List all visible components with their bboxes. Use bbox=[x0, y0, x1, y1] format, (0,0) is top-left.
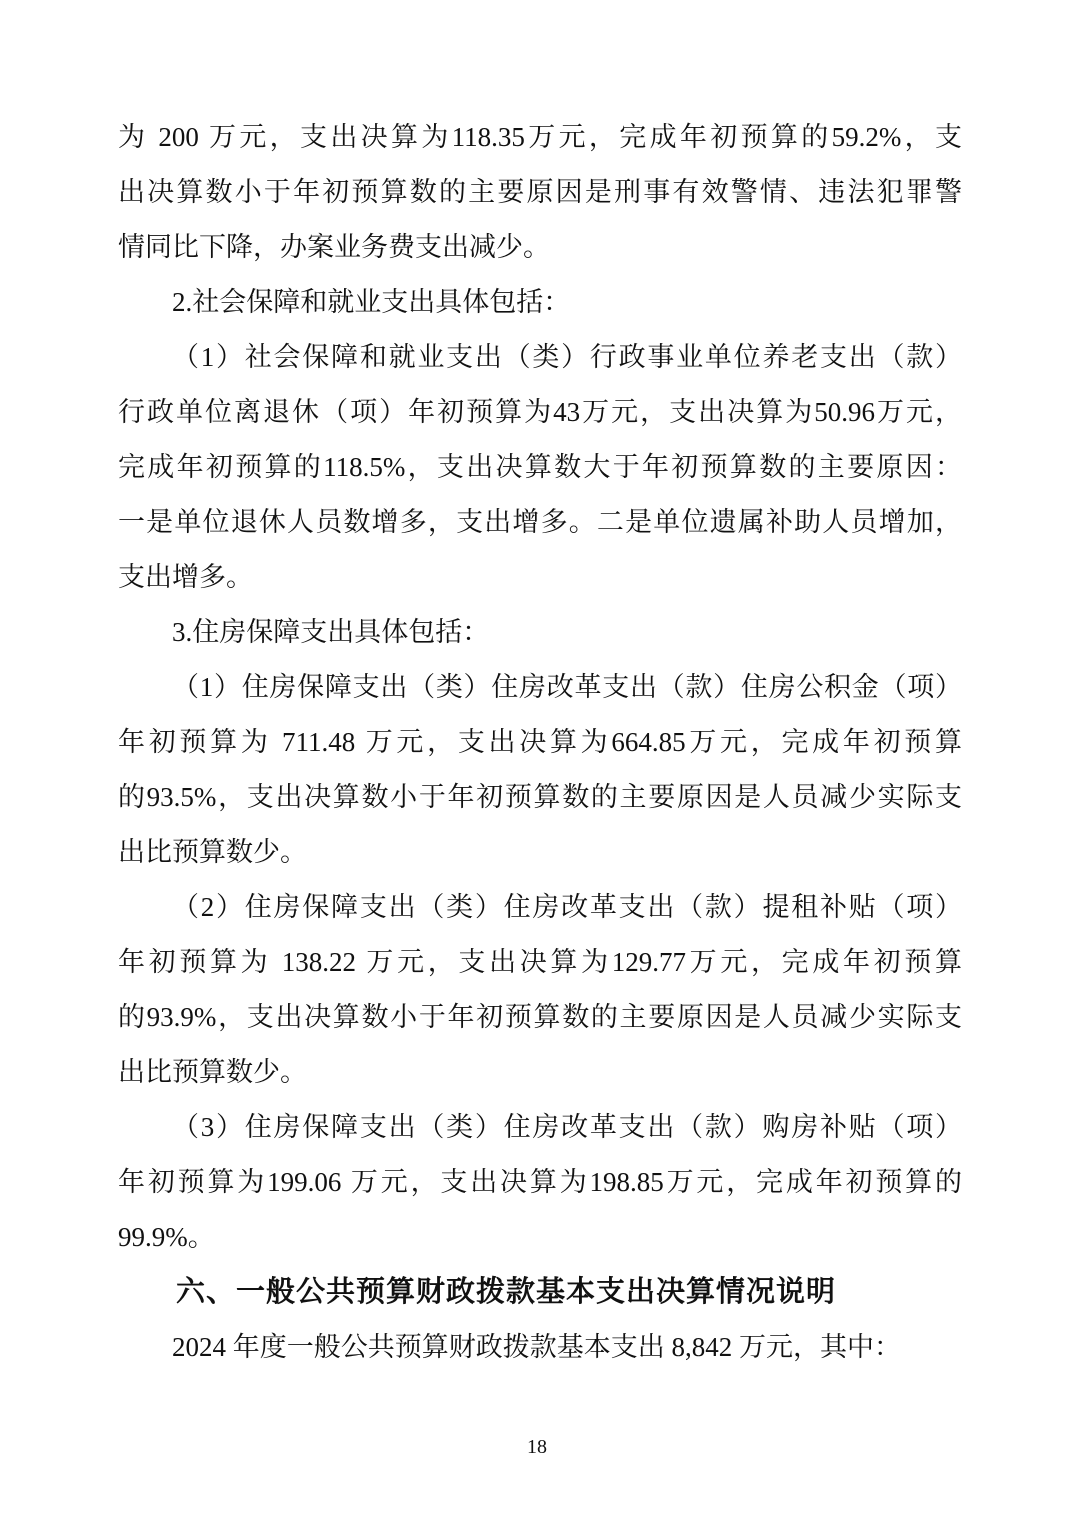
text-line: 年初预算为 138.22 万元，支出决算为129.77万元，完成年初预算 bbox=[118, 935, 962, 990]
text-line: 99.9%。 bbox=[118, 1210, 962, 1265]
section-heading: 六、一般公共预算财政拨款基本支出决算情况说明 bbox=[118, 1265, 962, 1320]
text-line: 为 200 万元，支出决算为118.35万元，完成年初预算的59.2%，支 bbox=[118, 110, 962, 165]
text-line: （2）住房保障支出（类）住房改革支出（款）提租补贴（项） bbox=[118, 880, 962, 935]
paragraph: （2）住房保障支出（类）住房改革支出（款）提租补贴（项）年初预算为 138.22… bbox=[118, 880, 962, 1100]
text-line: （1）社会保障和就业支出（类）行政事业单位养老支出（款） bbox=[118, 330, 962, 385]
document-content: 为 200 万元，支出决算为118.35万元，完成年初预算的59.2%，支出决算… bbox=[118, 110, 962, 1375]
text-line: 出比预算数少。 bbox=[118, 1045, 962, 1100]
text-line: 年初预算为 711.48 万元，支出决算为664.85万元，完成年初预算 bbox=[118, 715, 962, 770]
text-line: 2.社会保障和就业支出具体包括： bbox=[118, 275, 962, 330]
paragraph: 为 200 万元，支出决算为118.35万元，完成年初预算的59.2%，支出决算… bbox=[118, 110, 962, 275]
text-line: 完成年初预算的118.5%，支出决算数大于年初预算数的主要原因： bbox=[118, 440, 962, 495]
text-line: 出决算数小于年初预算数的主要原因是刑事有效警情、违法犯罪警 bbox=[118, 165, 962, 220]
text-line: （3）住房保障支出（类）住房改革支出（款）购房补贴（项） bbox=[118, 1100, 962, 1155]
paragraph: （1）住房保障支出（类）住房改革支出（款）住房公积金（项）年初预算为 711.4… bbox=[118, 660, 962, 880]
text-line: 2024 年度一般公共预算财政拨款基本支出 8,842 万元，其中： bbox=[118, 1320, 962, 1375]
paragraph: 3.住房保障支出具体包括： bbox=[118, 605, 962, 660]
text-line: 的93.5%，支出决算数小于年初预算数的主要原因是人员减少实际支 bbox=[118, 770, 962, 825]
text-line: 出比预算数少。 bbox=[118, 825, 962, 880]
text-line: （1）住房保障支出（类）住房改革支出（款）住房公积金（项） bbox=[118, 660, 962, 715]
text-line: 一是单位退休人员数增多，支出增多。二是单位遗属补助人员增加， bbox=[118, 495, 962, 550]
paragraph: 2024 年度一般公共预算财政拨款基本支出 8,842 万元，其中： bbox=[118, 1320, 962, 1375]
document-page: 为 200 万元，支出决算为118.35万元，完成年初预算的59.2%，支出决算… bbox=[0, 0, 1074, 1520]
text-line: 年初预算为199.06 万元，支出决算为198.85万元，完成年初预算的 bbox=[118, 1155, 962, 1210]
paragraph: （3）住房保障支出（类）住房改革支出（款）购房补贴（项）年初预算为199.06 … bbox=[118, 1100, 962, 1265]
paragraph: 2.社会保障和就业支出具体包括： bbox=[118, 275, 962, 330]
text-line: 情同比下降，办案业务费支出减少。 bbox=[118, 220, 962, 275]
text-line: 行政单位离退休（项）年初预算为43万元，支出决算为50.96万元， bbox=[118, 385, 962, 440]
heading-line: 六、一般公共预算财政拨款基本支出决算情况说明 bbox=[118, 1265, 962, 1320]
text-line: 3.住房保障支出具体包括： bbox=[118, 605, 962, 660]
text-line: 支出增多。 bbox=[118, 550, 962, 605]
page-number: 18 bbox=[0, 1432, 1074, 1462]
text-line: 的93.9%，支出决算数小于年初预算数的主要原因是人员减少实际支 bbox=[118, 990, 962, 1045]
paragraph: （1）社会保障和就业支出（类）行政事业单位养老支出（款）行政单位离退休（项）年初… bbox=[118, 330, 962, 605]
